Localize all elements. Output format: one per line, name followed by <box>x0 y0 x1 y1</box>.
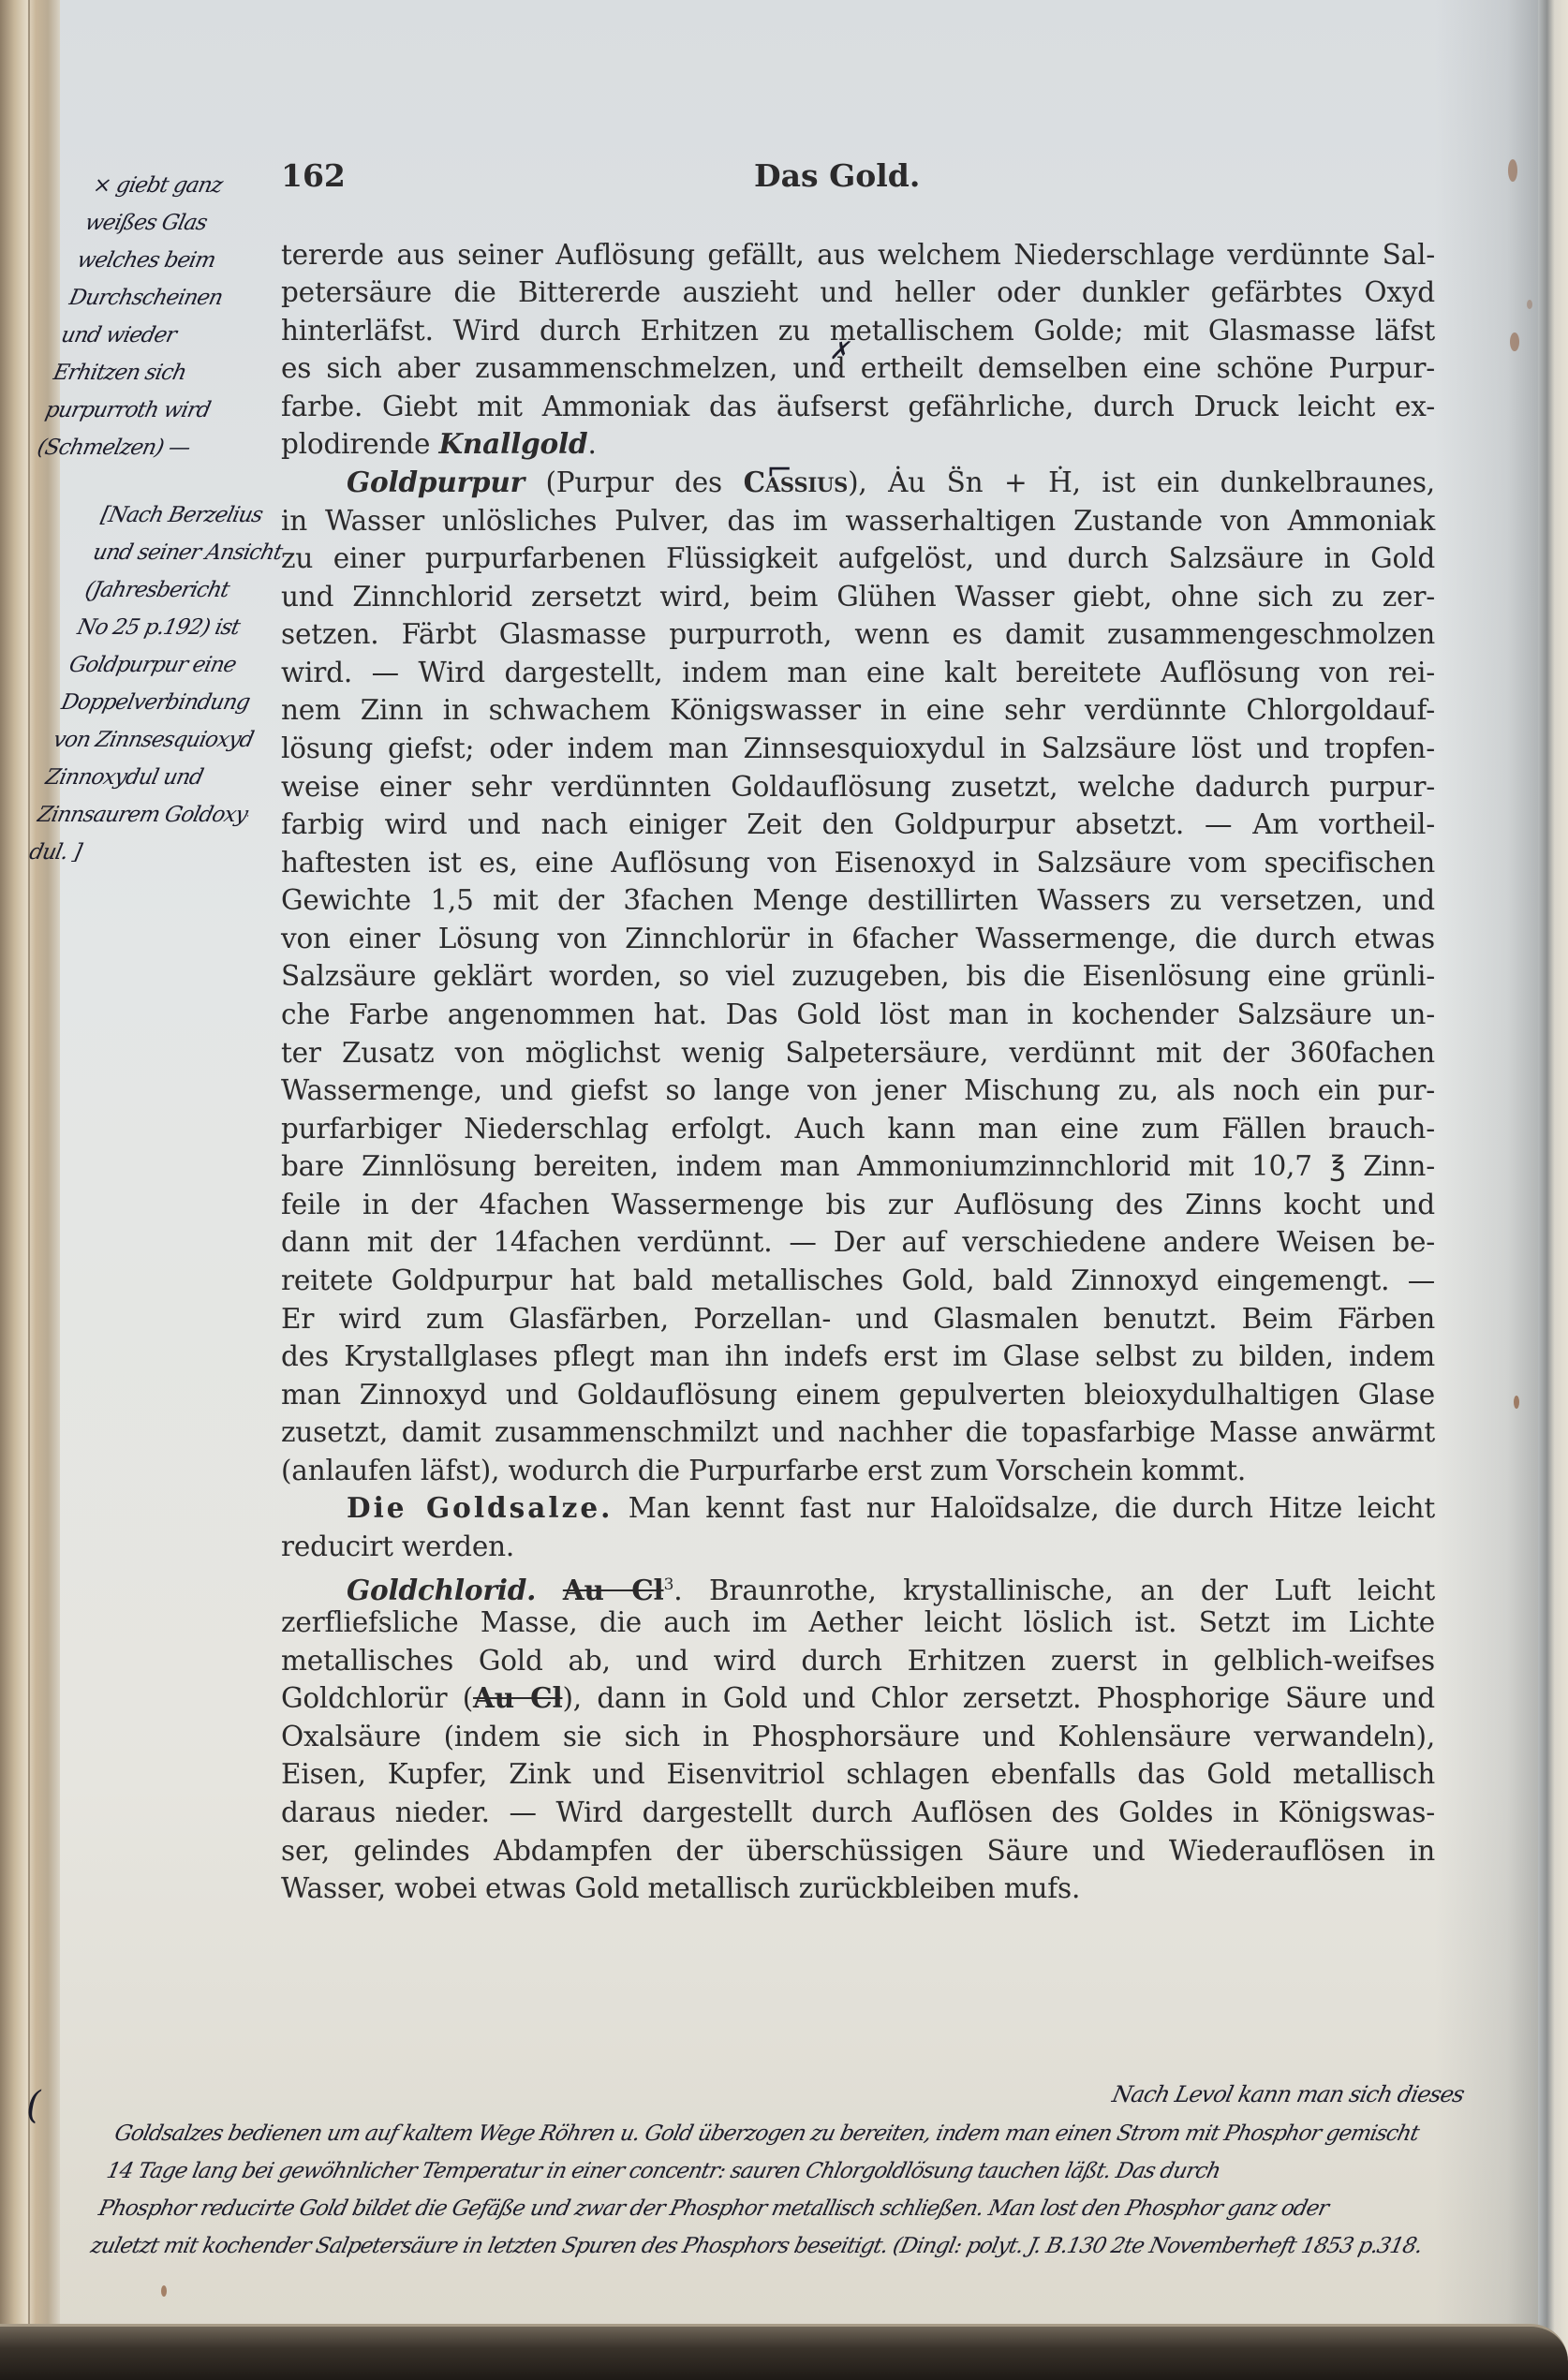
text-line-goldchlorid: Goldchlorid. Au Cl3. Braunrothe, krystal… <box>281 1566 1435 1604</box>
text-line: Wassermenge, und giefst so lange von jen… <box>281 1072 1435 1109</box>
text-line: Gewichte 1,5 mit der 3fachen Menge desti… <box>281 881 1435 919</box>
bottom-table-edge <box>0 2324 1568 2380</box>
text-line: in Wasser unlösliches Pulver, das im was… <box>281 502 1435 540</box>
term-knallgold: Knallgold <box>438 427 587 460</box>
text-line: petersäure die Bittererde auszieht und h… <box>281 273 1435 311</box>
text-line: und Zinnchlorid zersetzt wird, beim Glüh… <box>281 578 1435 615</box>
text-line: dann mit der 14fachen verdünnt. — Der au… <box>281 1223 1435 1261</box>
name-cassius: Cassius <box>744 466 849 498</box>
handwritten-margin-note-1: × giebt ganz weißes Glas welches beim Du… <box>34 167 308 466</box>
handwritten-line: Erhitzen sich <box>50 354 269 392</box>
text-line: nem Zinn in schwachem Königswasser in ei… <box>281 691 1435 729</box>
margin-paren-mark: ( <box>26 2084 41 2127</box>
text-line: plodirende Knallgold. <box>281 425 1435 463</box>
scanned-book-page: 162 Das Gold. tererde aus seiner Auflösu… <box>0 0 1568 2380</box>
chapter-title: Das Gold. <box>754 157 920 194</box>
handwritten-line: purpurroth wird <box>41 392 260 429</box>
text-line: wird. — Wird dargestellt, indem man eine… <box>281 654 1435 691</box>
handwritten-line: Doppelverbindung <box>57 684 276 721</box>
text-line: bare Zinnlösung bereiten, indem man Ammo… <box>281 1147 1435 1185</box>
text-fragment: ), dann in Gold und Chlor zersetzt. Phos… <box>562 1682 1435 1714</box>
handwritten-line: von Zinnsesquioxyd <box>50 721 269 759</box>
handwritten-line: und wieder <box>57 317 276 354</box>
handwritten-line: Goldpurpur eine <box>66 646 285 684</box>
handwritten-footnote: Goldsalzes bedienen um auf kaltem Wege R… <box>87 2115 1449 2265</box>
text-line: Er wird zum Glasfärben, Porzellan- und G… <box>281 1300 1435 1338</box>
text-line-goldpurpur: Goldpurpur (Purpur des Cassius), Ȧu S̈n … <box>281 464 1435 501</box>
page-curl-shadow <box>1435 0 1538 2380</box>
text-line-goldsalze: Die Goldsalze. Man kennt fast nur Haloïd… <box>281 1489 1435 1527</box>
text-fragment: . <box>587 428 596 460</box>
handwritten-line: dul. ] <box>25 834 244 871</box>
handwritten-line: [Nach Berzelius <box>97 496 317 534</box>
handwritten-line: weißes Glas <box>81 204 301 242</box>
formula-superscript: 3 <box>664 1575 674 1594</box>
text-line: man Zinnoxyd und Goldauflösung einem gep… <box>281 1376 1435 1413</box>
handwritten-line: Zinnoxydul und <box>41 759 260 796</box>
right-page-edge <box>1538 0 1568 2380</box>
section-heading-goldsalze: Die Goldsalze. <box>347 1491 613 1524</box>
term-goldpurpur: Goldpurpur <box>347 466 525 498</box>
handwritten-line: Zinnsaurem Goldoxy- <box>34 796 253 834</box>
text-line: haftesten ist es, eine Auflösung von Eis… <box>281 844 1435 881</box>
text-line: lösung giefst; oder indem man Zinnsesqui… <box>281 730 1435 767</box>
formula-fragment: ), Ȧu S̈n + Ḣ, ist ein dunkelbraunes, <box>848 466 1435 498</box>
formula-aucl3: Au Cl <box>563 1574 664 1606</box>
text-line: Goldchlorür (Au Cl), dann in Gold und Ch… <box>281 1679 1435 1717</box>
text-line: es sich aber zusammenschmelzen, und erth… <box>281 349 1435 387</box>
insertion-bracket-mark: ⌐ <box>766 451 793 489</box>
handwritten-line: (Jahresbericht <box>81 571 301 609</box>
text-line: zusetzt, damit zusammenschmilzt und nach… <box>281 1413 1435 1451</box>
stain-spot <box>1508 159 1517 182</box>
text-line: farbig wird und nach einiger Zeit den Go… <box>281 806 1435 843</box>
term-goldchlorid: Goldchlorid. <box>347 1574 536 1606</box>
handwritten-line: × giebt ganz <box>90 167 309 204</box>
text-fragment: Goldchlorür ( <box>281 1682 473 1714</box>
text-line: zu einer purpurfarbenen Flüssigkeit aufg… <box>281 540 1435 577</box>
text-line: feile in der 4fachen Wassermenge bis zur… <box>281 1186 1435 1223</box>
text-line: Wasser, wobei etwas Gold metallisch zurü… <box>281 1870 1435 1907</box>
text-line: des Krystallglases pflegt man ihn indefs… <box>281 1338 1435 1375</box>
text-line: ser, gelindes Abdampfen der überschüssig… <box>281 1832 1435 1870</box>
text-fragment: . Braunrothe, krystallinische, an der Lu… <box>673 1574 1435 1606</box>
handwritten-line: (Schmelzen) — <box>34 429 253 466</box>
handwritten-line: zuletzt mit kochender Salpetersäure in l… <box>87 2227 1426 2265</box>
formula-aucl: Au Cl <box>473 1681 562 1714</box>
text-line: reitete Goldpurpur hat bald metallisches… <box>281 1262 1435 1299</box>
stain-spot <box>161 2285 167 2297</box>
insertion-cross-mark: ✗ <box>829 337 850 365</box>
text-line: setzen. Färbt Glasmasse purpurroth, wenn… <box>281 615 1435 653</box>
text-line: che Farbe angenommen hat. Das Gold löst … <box>281 996 1435 1033</box>
text-line: farbe. Giebt mit Ammoniak das äufserst g… <box>281 388 1435 425</box>
text-line: metallisches Gold ab, und wird durch Erh… <box>281 1642 1435 1679</box>
handwritten-inline-note: Nach Levol kann man sich dieses <box>1110 2081 1466 2107</box>
text-line: Eisen, Kupfer, Zink und Eisenvitriol sch… <box>281 1755 1435 1793</box>
handwritten-line: und seiner Ansicht <box>90 534 309 571</box>
text-line: tererde aus seiner Auflösung gefällt, au… <box>281 236 1435 273</box>
handwritten-line: Goldsalzes bedienen um auf kaltem Wege R… <box>111 2115 1450 2152</box>
running-head: 162 Das Gold. <box>281 157 1435 199</box>
text-line: ter Zusatz von möglichst wenig Salpeters… <box>281 1034 1435 1072</box>
text-line: Salzsäure geklärt worden, so viel zuzuge… <box>281 957 1435 995</box>
handwritten-line: welches beim <box>74 242 293 279</box>
handwritten-margin-note-2: [Nach Berzelius und seiner Ansicht (Jahr… <box>25 496 316 871</box>
text-fragment: Man kennt fast nur Haloïdsalze, die durc… <box>613 1492 1435 1524</box>
left-binding-edge <box>0 0 60 2380</box>
text-line: von einer Lösung von Zinnchlorür in 6fac… <box>281 920 1435 957</box>
handwritten-line: Phosphor reducirte Gold bildet die Gefäß… <box>95 2190 1433 2227</box>
handwritten-line: No 25 p.192) ist <box>74 609 293 646</box>
text-line: daraus nieder. — Wird dargestellt durch … <box>281 1794 1435 1831</box>
stain-spot <box>1527 300 1532 309</box>
text-line: hinterläfst. Wird durch Erhitzen zu meta… <box>281 312 1435 349</box>
text-line: weise einer sehr verdünnten Goldauflösun… <box>281 768 1435 806</box>
text-line: Oxalsäure (indem sie sich in Phosphorsäu… <box>281 1718 1435 1755</box>
handwritten-line: 14 Tage lang bei gewöhnlicher Temperatur… <box>103 2152 1442 2190</box>
text-line: purfarbiger Niederschlag erfolgt. Auch k… <box>281 1110 1435 1147</box>
text-line: (anlaufen läfst), wodurch die Purpurfarb… <box>281 1452 1435 1489</box>
text-fragment: (Purpur des <box>525 466 744 498</box>
text-line: zerfliefsliche Masse, die auch im Aether… <box>281 1604 1435 1641</box>
text-fragment: plodirende <box>281 428 438 460</box>
handwritten-line: Durchscheinen <box>66 279 285 317</box>
text-line: reducirt werden. <box>281 1528 1435 1565</box>
stain-spot <box>1510 333 1519 351</box>
stain-spot <box>1514 1396 1519 1409</box>
